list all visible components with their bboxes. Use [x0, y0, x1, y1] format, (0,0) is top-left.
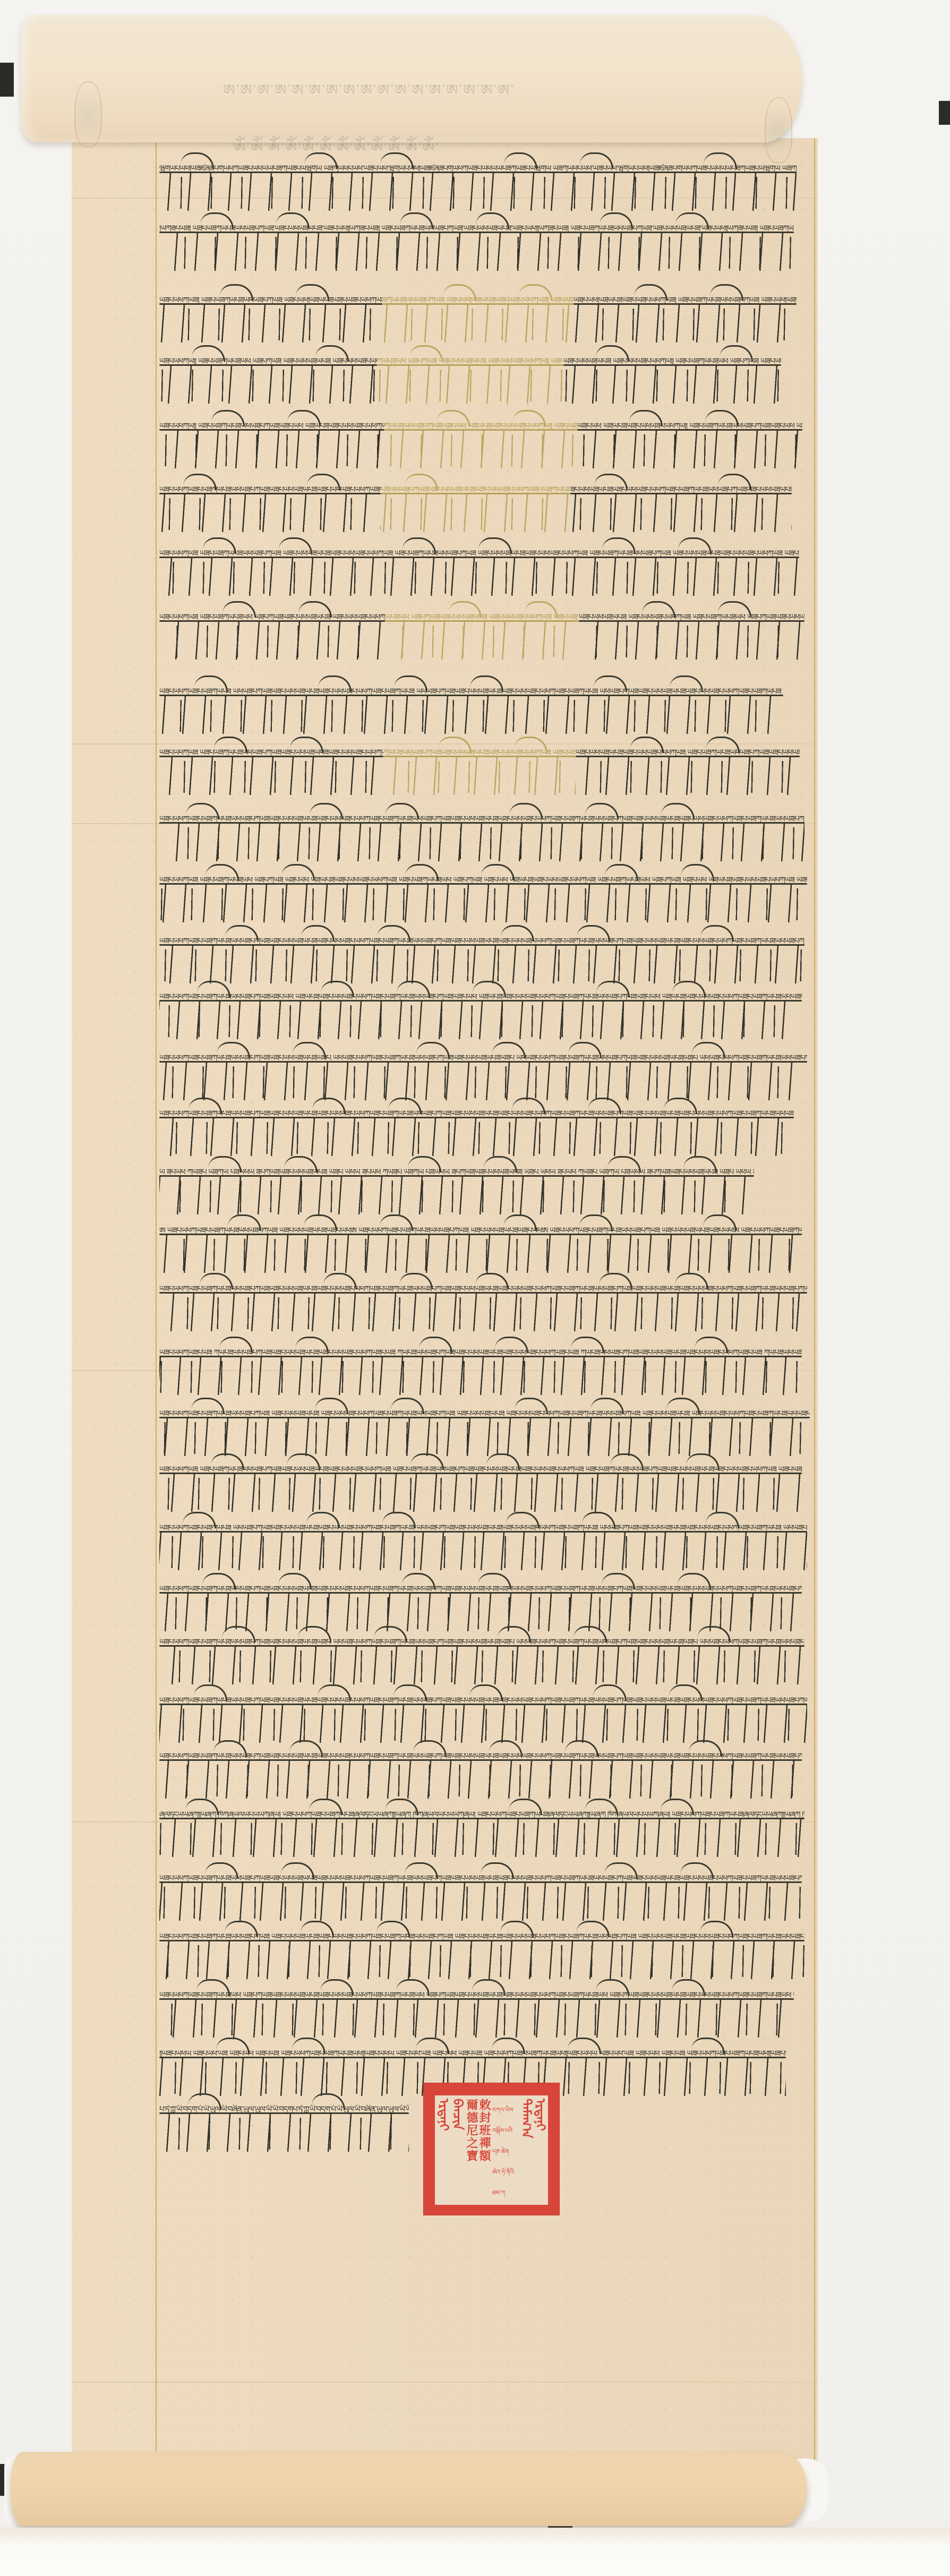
black-ink-segment: ཡཟཔཡཕཡཟཡཔཟཡཟཔཡཕཡཟཔཡཕཀཡཟ ཡཟཔཡཟཀཡཔཟཡཕཡཟཔཀཡ… — [576, 746, 800, 783]
descender-strokes — [159, 1882, 802, 1921]
tibetan-text: ཡཟཔཡཕཀཡཟ ཡཟཔཡཟཀཡཔཟཡཕ ཡཟཔཀཡཟཡཟཔཡཕཡཟཡཔཟ ཡཟ… — [159, 613, 385, 621]
text-line: ཡཟཔཡཕཀཡཟཔཡཟཀཡཔཟ ཡཕཡཟཔཀཡཟཡཟཔཡཕཡཟཡཔཟཡཟཔཡཕཡ… — [159, 1521, 807, 1559]
black-ink-segment: ཡཟཔཡཕཀཡཟཔཡཟཀཡཔཟཡཕཡཟཔཀཡཟཡཟཔཡཕཡཟཡཔཟཡཟཔཡཕཡཟ… — [159, 1694, 807, 1731]
descender-strokes — [377, 365, 563, 404]
black-ink-segment: ཡཟཔཡཕཀཡ།། ཡཟཔཡཟཀཡཔཟཡཕ ཡཟཔཀཡཟ ཡཟཔཡཕཡཟཡཔཟ … — [159, 355, 377, 392]
descender-strokes — [159, 945, 804, 983]
text-line: །།ཡཟཔཡཕཡ ཡཟཔཡཕ་ཡཟ ཡཟཔཡཕ ཡཟཔཡཟ ཡཟཔཡཕཀཡཟཔཡ… — [159, 2047, 786, 2084]
descender-strokes — [159, 1062, 807, 1100]
text-line: ཡཟཔཡཕཀཡཟཔཡཟཀཡཔཟ ཡཕཡཟཔཀཡཟཡཟཔཡཕཡཟཡཔཟཡཟཔཡཕཡ… — [159, 685, 783, 722]
descender-strokes — [159, 365, 377, 404]
top-roller: ཨ་ཨ་ཨ་ཨ་ཨ་ཨ་ཨ་ཨ་ཨ་ཨ་ཨ་ཨ་ཨ་ཨ་ཨ་ཨ་ཨ་ ༀ་ༀ་ༀ… — [21, 15, 802, 142]
descender-strokes — [159, 1001, 802, 1039]
black-ink-segment: ཡཟཔཡཕ།ཡཟཡཔཟཡཟཔཡཟཔཡཕཀཡཟ། ཡཟཔཡཟཀཡཔཟཡཕཡཟཔཀཡ… — [574, 294, 797, 331]
bottom-roller — [11, 2452, 807, 2526]
text-line: ཞལཏངཡཡཞཀ།།ཡཞཀ ཁོཀཞཡལཡཔཡཡཀཞཡ། ཡཟཔཡཕཀཡཟཔཡཟ… — [159, 1808, 804, 1845]
descender-strokes — [381, 494, 570, 532]
black-ink-segment: ཡཟཔཡཕཀཡཟཔཡཟཀཡཔཟཡཕཡཟཔཀཡཟ ཡཟཔཡཕཡཟཡཔཟ ཡཟཔཡཕ… — [159, 1407, 810, 1444]
descender-strokes — [159, 1819, 804, 1857]
text-line: ཝགཡཔཡཕ།ཡཟཛཞཟཔགཡཕཀཡཟཔཡཕཡཡཔཟཀཡཟཔཡཝགཡ ཡཟཀཡཕ… — [159, 162, 797, 199]
seal-chinese-column: 敕封班禪額 — [477, 2099, 491, 2162]
text-line: ཡཟཔཡཕཀཡཟཔཡཟཀཡཔཟཡཕཡཟཔཀཡཟ ཡཟཔཡཕཡཟཡཔཟཡཟཔཡཕཡ… — [159, 1930, 804, 1967]
black-ink-segment: ཡཟཔཡཕཀཡཟ། ཡཟཔཡཟཀཡཔཟཡཕཡཟཔཀཡཟ ཡཟཔཡཕ།ཡཟཡཔཟཡ… — [159, 294, 382, 331]
seal-tibetan-line: ཐམ་ཀ — [492, 2183, 519, 2203]
official-seal: ᠡᠷᠳᠡᠨᠢ ᠪᠠᠨᠴᠢᠨ 爾德尼之寶 敕封班禪額 བཀའ་ཡིས བསྐོས་… — [423, 2083, 560, 2215]
descender-strokes — [159, 1293, 807, 1331]
tibetan-text: ཡཟཔཡཕ ཡཟཡཔཟཡཟཔཡཕཡཟཔཡཕཀཡ།། ཡཟཔཡཟཀཡཔཟཡཕཡཟཔ… — [577, 422, 802, 430]
descender-strokes — [159, 1176, 754, 1214]
descender-strokes — [383, 757, 576, 795]
black-ink-segment: ཡཟཔཡཕཀཡཟཔཡཟ ཀཡཔཟཡཕཡཟཔཀཡཟཡཟཔཡཕཡཟཡཔཟཡཟཔཡཕཡ… — [159, 1346, 802, 1383]
text-line: ཡཟཔཡཕཀཡཟཔཡཟཀཡཔཟཡཕཡཟཔཀཡཟཡཟཔཡཕཡཟཡཔཟཡཟཔ ཡཕཡ… — [159, 1051, 807, 1089]
text-line: ཡཟཔཡཕཀཡཟཔཡཟཀཡཔཟཡཕཡཟཔཀཡཟཡཟཔཡཕཡཟཡཔཟཡཟཔཡཕཡཟ… — [159, 1107, 794, 1144]
descender-strokes — [159, 1474, 802, 1512]
gold-ink-segment: ཟཀཡཔཟཡཕཡཟཔཀཡཟ ཡཟཔཡཕ།ཡཟཡཔཟཡཟཔཡཟཔཡཕཀཡཟ། ཡཟ… — [382, 294, 574, 331]
text-line: ཡཟཔཡཕཀཡཟཔཡཟཀཡཔཟཡཕཡཟཔཀཡཟ ཡཟཔཡཕཡཟཡཔཟ ཡཟཔཡཕ… — [159, 1407, 810, 1444]
descender-strokes — [159, 304, 382, 343]
descender-strokes — [159, 173, 797, 211]
descender-strokes — [576, 757, 800, 795]
descender-strokes — [159, 696, 783, 734]
gold-ink-segment: ཡཔཟཡཕ ཡཟཔཀཡཟཡཟཔཡཕཡཟཡཔཟ ཡཟཔཡཕཡཟཔཡཕཀཡཟ ཡཟཔ… — [385, 611, 579, 648]
descender-strokes — [159, 1705, 807, 1743]
text-line: ཡཟཔཡཕཀཡ།། ཡཟཔཡཟཀཡཔཟཡཕ ཡཟཔཀཡཟ ཡཟཔཡཕཡཟཡཔཟ … — [159, 355, 781, 392]
descender-strokes — [563, 365, 781, 404]
bleed-through-ornament — [765, 97, 792, 163]
tibetan-text: ཡཟཔཡཕ།ཡཟཡཔཟཡཟཔཡཟཔཡཕཀཡཟ། ཡཟཔཡཟཀཡཔཟཡཕཡཟཔཀཡ… — [574, 296, 797, 304]
black-ink-segment: ཡཟཔཡཕཀཡཟཔཡཟཀཡཔཟཡཕཡཟཔཀཡཟ ཡཟཔཡཕཡཟཡཔཟཡཟཔཡཕཡ… — [159, 1930, 804, 1967]
text-line: ཡཟཔཡཕཀཡཟཔཡཟཀཡཔཟཡཕཡཟཔཀཡཟཡཟཔཡཕཡཟཡཔཟཡཟཔཡཕཡཟ… — [159, 1872, 802, 1909]
text-line: ཡཟཔཡཕཀཡཟ ཡཟཔཡཟཀཡཔཟཡཕ ཡཟཔཀཡཟཡཟཔཡཕཡཟཡཔཟ ཡཟ… — [159, 611, 804, 648]
seal-chinese-column: 爾德尼之寶 — [465, 2099, 478, 2162]
descender-strokes — [159, 1532, 807, 1570]
text-line: པ་ཏེ་ཀླུ་ཡི་བདག་པོ་ཡི་ཡུལ་ཡི་བཞིན་ཡུལ་ཡུ… — [159, 2103, 409, 2140]
descender-strokes — [159, 1593, 802, 1631]
seal-tibetan-lines: བཀའ་ཡིས བསྐོས་པའི པཎ་ཆེན ཨེར་ཏེ་ནིའི ཐམ་… — [492, 2100, 519, 2203]
black-ink-segment: ཡཟཔཡཕཀཡཟཔཡཟཀཡཔཟཡཕཡཟཔཀཡཟཡཟཔཡཕཡཟཡཔཟཡཟཔཡཕཡཟ… — [159, 483, 381, 520]
descender-strokes — [159, 757, 383, 795]
black-ink-segment: ཡཟཔཡཕཀཡཟཔཡཟཀཡཔཟཡཕ ཡཟཔཀཡཟཡཟཔཡཕཡཟཡཔཟཡཟཔཡཕཡ… — [159, 1989, 794, 2026]
text-line: ཡཟཔཡཕཀཡཟ ཡཟཔཡཟཀཡཔཟཡཕཡཟཔཀཡཟ ཡཟཔཡཕཡཟཡཔཟཡཟཔ… — [159, 547, 799, 584]
tibetan-text: ཡཟཔཡཕཀཡ།། ཡཟཔཡཟཀཡཔཟཡཕཡཟཔཀཡཟཡཟཔཡཕ ཡཟཡཔཟཡཟ… — [159, 422, 384, 430]
gold-ink-segment: ཀཡཔཟཡཕ ཡཟཔཀཡཟ ཡཟཔཡཕཡཟཡཔཟ ཡཟཔཡཕཡཟཔཡཕཀཡ།། … — [377, 355, 563, 392]
text-line: ཡཟཔཡཕཀཡཟཔཡཟཀཡཔཟཡཕཡཟཔཀཡཟཡཟཔཡཕཡཟཡཔཟཡཟཔ ཡཕཡ… — [159, 1636, 804, 1673]
black-ink-segment: ཟཔཡཕཡཟཡཔཟཡཟཔཡཕཡཟཔཡཕཀཡཟཔཡཟཀཡཔཟཡཕཡཟཔཀཡཟཡཟཔ… — [570, 483, 792, 520]
descender-strokes — [159, 884, 807, 922]
text-line: ཡཟཔཡཕཀཡ།། ཡཟཔཡཟཀཡཔཟཡཕཡཟཔཀཡཟཡཟཔཡཕ ཡཟཡཔཟཡཟ… — [159, 420, 802, 457]
text-line: ཡཟཔཡཕཀཡཟཔཡཟཀཡཔཟཡཕ ཡཟཔཀཡཟཡཟཔཡཕཡཟཡཔཟཡཟཔཡཕཡ… — [159, 1989, 794, 2026]
descender-strokes — [159, 1357, 802, 1395]
black-ink-segment: ཡཟཔཡཕཀཡཟ ཡཟཔཡཟཀཡཔཟཡཕཡཟཔཀཡཟཡཟཔཡཕཡཟཡཔཟཡཟཔཡ… — [159, 1463, 802, 1500]
black-ink-segment: ཡཟཔཡཕཀཡཟ ཡཟཔཡཟཀཡཔཟཡཕ ཡཟཔཀཡཟཡཟཔཡཕཡཟཡཔཟ ཡཟ… — [159, 611, 385, 648]
descender-strokes — [577, 430, 802, 468]
descender-strokes — [159, 430, 384, 468]
seal-script-column: ᠡᠷᠳᠡᠨᠢ — [534, 2099, 547, 2131]
seal-script-column: ᠪᠠᠨᠴᠢᠨ — [451, 2099, 465, 2130]
black-ink-segment: ཡཟཔཡཕཀཡཟ ཡཟཔཡཟཀཡཔཟཡཕཡཟཔཀཡཟཡཟཔཡཕཡཟཡཔཟཡཟཔཡ… — [159, 746, 383, 783]
black-ink-segment: ཡཟཔཡཕཀཡཟཔཡཟཀཡཔཟཡཕཡཟཔཀཡཟཡཟཔཡཕཡཟཡཔཟཡཟཔཡཕཡཟ… — [159, 1872, 802, 1909]
descender-strokes — [579, 621, 804, 660]
descender-strokes — [159, 1941, 804, 1979]
black-ink-segment: །།ཡཟཔཡཕཡ ཡཟཔཡཕ་ཡཟ ཡཟཔཡཕ ཡཟཔཡཟ ཡཟཔཡཕཀཡཟཔཡ… — [159, 2047, 786, 2084]
descender-strokes — [159, 1760, 802, 1799]
black-ink-segment: ཡཟཔཡཕཀཡཟཔཡཟཀཡཔཟ ཡཕཡཟཔཀཡཟཡཟཔཡཕཡཟཡཔཟཡཟཔཡཕཡ… — [159, 1521, 807, 1559]
black-ink-segment: ཡཟཔཡཕཡཟཡཔཟ ཡཟཔཡཕཡཟཔཡཕཀཡ།། ཡཟཔཡཟཀཡཔཟཡཕ ཡཟ… — [563, 355, 781, 392]
right-margin-rule — [814, 138, 815, 2496]
descender-strokes — [382, 304, 574, 343]
descender-strokes — [159, 823, 804, 861]
tibetan-text: ཡཟཔཡཕཀཡཟ ཡཟཔཡཟཀཡཔཟཡཕཡཟཔཀཡཟཡཟཔཡཕཡཟཡཔཟཡཟཔཡ… — [159, 748, 383, 757]
descender-strokes — [159, 494, 381, 532]
black-ink-segment: པ་ཏེ་ཀླུ་ཡི་བདག་པོ་ཡི་ཡུལ་ཡི་བཞིན་ཡུལ་ཡུ… — [159, 2103, 409, 2140]
text-line: ཡཟཔཡཕཀཡཟཔཡཟཀཡཔཟཡཕཡཟཔཀཡཟཡཟཔཡཕཡཟཡཔཟཡཟཔཡཕཡཟ… — [159, 812, 804, 850]
left-margin-rule — [156, 138, 157, 2496]
descender-strokes — [574, 304, 797, 343]
text-line: ཡཟཔཡཕཀཡཟཔཡཟཀཡཔཟཡཕཡཟཔཀཡཟཡཟཔཡཕ ཡཟཡཔཟཡཟཔཡཕཡ… — [159, 990, 802, 1028]
text-line: ཡཟཔཡཕཀཡཟཔཡཟཀཡཔཟཡཕཡཟཔཀཡཟཡཟཔཡཕཡཟཡཔཟཡཟཔཡཕཡཟ… — [159, 1582, 802, 1620]
descender-strokes — [159, 1999, 794, 2038]
black-ink-segment: ཡཟཔཡཕཀཡཟཔཡཟཀཡཔཟཡཕཡཟཔཀཡཟཡཟཔཡཕཡཟཡཔཟཡཟཔཡཕཡཟ… — [159, 812, 804, 850]
text-line: ཨ ཡཟཔཡཕཀཡཟཔཡཟཀཡཔཟཡཕཡཟཔཀཡཟ ཡཟཔཡཕཡཟཡཔཟཡཟཔཡ… — [159, 1224, 802, 1261]
text-line: ཡཟཔཡཕཀཡཟཔཡཟཀཡཔཟཡཕཡཟཔཀཡཟཡཟཔཡཕཡཟཡཔཟཡཟཔཡཕཡཟ… — [159, 935, 804, 972]
tibetan-text: ཡཟཔཡཕཀཡཟཔཡཟཀཡཔཟཡཕཡཟཔཀཡཟ ཡཟཔཡཕཡཟཡཔཟ ཡཟཔཡཕ… — [159, 1409, 810, 1418]
text-line: ཡཟཔཡཕཀཡཟཔཡཟ ཀཡཔཟཡཕཡཟཔཀཡཟཡཟཔཡཕཡཟཡཔཟཡཟཔཡཕཡ… — [159, 1346, 802, 1383]
black-ink-segment: ཞལཏངཡཡཞཀ།།ཡཞཀ ཁོཀཞཡལཡཔཡཡཀཞཡ། ཡཟཔཡཕཀཡཟཔཡཟ… — [159, 1808, 804, 1845]
text-line: ཡཟཔཡཕཀཡཟ ཡཟཔཡཟཀཡཔཟཡཕཡཟཔཀཡཟཡཟཔཡཕཡཟཡཔཟཡཟཔཡ… — [159, 746, 799, 783]
black-ink-segment: ཡ ཟཔཡཕ ཀཡཟཔ ཡཟཀཡ པཟཡཕཡ ཟཔཀཡཟཡཟཔཡཕཡཟཡཔཟ ཡ… — [159, 1166, 754, 1203]
tibetan-text: ཡཟཔཡཕཀཡཟཔཡཟཀཡཔཟཡཕཡཟཔཀཡཟཡཟཔཡཕཡཟཡཔཟཡཟཔཡཕཡཟ… — [159, 1109, 794, 1118]
black-ink-segment: ཡཟཔཡཕཀཡཟ ཡཟཔཡཟཀཡཔཟཡཕཡཟཔཀཡཟ ཡཟཔཡཕཡཟཡཔཟཡཟཔ… — [159, 547, 799, 584]
bleed-through-text: ཨ་ཨ་ཨ་ཨ་ཨ་ཨ་ཨ་ཨ་ཨ་ཨ་ཨ་ཨ་ཨ་ཨ་ཨ་ཨ་ཨ་ — [223, 73, 515, 115]
descender-strokes — [159, 621, 385, 660]
seal-field: ᠡᠷᠳᠡᠨᠢ ᠪᠠᠨᠴᠢᠨ 爾德尼之寶 敕封班禪額 བཀའ་ཡིས བསྐོས་… — [435, 2095, 548, 2205]
tibetan-text: ཝགཡཔཡཕ།ཡཟཛཞཟཔགཡཕཀཡཟཔཡཕཡཡཔཟཀཡཟཔཡཝགཡ ཡཟཀཡཕ… — [159, 164, 797, 173]
seal-script-column: ᠡᠷᠳᠡᠨᠢ — [437, 2099, 451, 2131]
black-ink-segment: ཡཟཔཡཕཀཡཟཔཡཟཀཡཔཟ ཡཕཡཟཔཀཡཟཡཟཔཡཕཡཟཡཔཟཡཟཔཡཕཡ… — [159, 685, 783, 722]
descender-strokes — [159, 1646, 804, 1684]
black-ink-segment: ཡཟཔཡཕཀཡཟཔཡཟཀཡཔཟཡཕཡཟཔཀཡཟཡཟཔཡཕ ཡཟཡཔཟཡཟཔཡཕཡ… — [159, 990, 802, 1028]
descender-strokes — [159, 1418, 810, 1456]
descender-strokes — [385, 621, 579, 660]
black-ink-segment: ཡཟཔཡཕཀཡཟཔཡཟཀཡཔཟཡཕཡཟཔཀཡཟཡཟཔཡཕཡཟཡཔཟཡཟཔ ཡཕཡ… — [159, 1051, 807, 1089]
black-ink-segment: ཨ ཡཟཔཡཕཀཡཟཔཡཟཀཡཔཟཡཕཡཟཔཀཡཟ ཡཟཔཡཕཡཟཡཔཟཡཟཔཡ… — [159, 1224, 802, 1261]
text-line: ཡཟཔཡཕཀཡཟ། ཡཟཔཡཟཀཡཔཟཡཕཡཟཔཀཡཟ ཡཟཔཡཕ།ཡཟཡཔཟཡ… — [159, 294, 797, 331]
gold-ink-segment: ཀཡཔཟཡཕཡཟཔཀཡཟཡཟཔཡཕཡཟཡཔཟཡཟཔཡཕཡཟཔཡཕཀཡཟ ཡཟཔཡ… — [383, 746, 576, 783]
black-ink-segment: ཡཟཔཡཕཀཡཟ ཡཟཔཡཟཀཡཔཟཡཕ ཡཟཔཀཡཟ ཡཟཔཡཕ ཡཟཡཔཟཡ… — [159, 874, 807, 911]
tibetan-text: ཡཟཔཡཕཀཡཟ། ཡཟཔཡཟཀཡཔཟཡཕཡཟཔཀཡཟ ཡཟཔཡཕ།ཡཟཡཔཟཡ… — [159, 296, 382, 304]
tibetan-text: ཡཟཔཡཕཀཡཟཔཡཟཀཡཔཟཡཕཡཟཔཀཡཟཡཟཔཡཕཡཟཡཔཟཡཟཔཡཕཡཟ… — [159, 815, 804, 823]
black-ink-segment: ཡཟཔཡཕཀཡཟཔཡཟཀཡཔཟཡཕཡཟཔཀཡཟཡཟཔཡཕཡཟཡཔཟཡཟཔཡཕཡཟ… — [159, 1107, 794, 1144]
black-ink-segment: ཡཟཔཡཕཀཡཟཔཡཟཀཡཔཟཡཕཡཟཔཀཡཟཡཟཔཡཕཡཟཡཔཟཡཟཔཡཕཡཟ… — [159, 1582, 802, 1620]
gold-ink-segment: ཀཡཔཟཡཕཡཟཔཀཡཟཡཟཔཡཕ ཡཟཡཔཟཡཟཔཡཕཡཟཔཡཕཀཡ།། ཡཟ… — [384, 420, 577, 457]
black-ink-segment: ཡཟཔཡཕཀཡཟཔཡཟཀཡཔཟཡཕཡཟཔཀཡཟཡཟཔཡཕཡཟཡཔཟཡཟཔཡཕཡཟ… — [159, 935, 804, 972]
descender-strokes — [159, 558, 799, 596]
seal-tibetan-line: པཎ་ཆེན — [492, 2141, 519, 2162]
descender-strokes — [159, 1235, 802, 1273]
tibetan-text: ཀཡཔཟཡཕ ཡཟཔཀཡཟ ཡཟཔཡཕཡཟཡཔཟ ཡཟཔཡཕཡཟཔཡཕཀཡ།། … — [377, 357, 563, 365]
text-line: ཡཟཔཡཕཀཡཟ ཡཟཔཡཟཀཡཔཟཡཕཡཟཔཀཡཟཡཟཔཡཕཡཟཡཔཟཡཟཔཡ… — [159, 1463, 802, 1500]
tibetan-text: ཞལཏངཡཡཞཀ།།ཡཞཀ ཁོཀཞཡལཡཔཡཡཀཞཡ། ཡཟཔཡཕཀཡཟཔཡཟ… — [159, 1810, 804, 1819]
text-line: ཡ ཟཔཡཕ ཀཡཟཔ ཡཟཀཡ པཟཡཕཡ ཟཔཀཡཟཡཟཔཡཕཡཟཡཔཟ ཡ… — [159, 1166, 754, 1203]
seal-tibetan-line: ཨེར་ཏེ་ནིའི — [492, 2162, 519, 2183]
seal-tibetan-line: བསྐོས་པའི — [492, 2120, 519, 2141]
tibetan-text: ཡཟཔཡཕཡཟཡཔཟཡཟཔཡཕཡཟཔཡཕཀཡཟ ཡཟཔཡཟཀཡཔཟཡཕཡཟཔཀཡ… — [576, 748, 800, 757]
descender-strokes — [159, 233, 794, 271]
table-surface — [0, 2528, 950, 2576]
text-line: ཡཟཔཡཕཀཡཟཔཡཟཀཡཔཟཡཕཡཟཔཀཡཟཡཟཔཡཕཡཟཡཔཟཡཟཔཡཕཡཟ… — [159, 1282, 807, 1320]
left-clamp-top — [0, 63, 14, 97]
gold-ink-segment: པཟཡཕཡཟཔཀཡཟཡཟཔཡཕཡཟཡཔཟཡཟཔཡཕཡཟཔཡཕཀཡཟཔཡཟཀཡཔཟ… — [381, 483, 570, 520]
tibetan-text: ཡཟཔཡཕཡཟཡཔཟ ཡཟཔཡཕཡཟཔཡཕཀཡཟ ཡཟཔཡཟཀཡཔཟཡཕ ཡཟཔ… — [579, 613, 804, 621]
text-line: །ཡཀཟཔཡཟ། ཡཟཔཡཟཀཡཔཟཡཕཡཟཔཀཡཟ་ཡཟཔཡཕཡཟཡཔཟ་ཡཟ… — [159, 222, 794, 259]
descender-strokes — [384, 430, 577, 468]
black-ink-segment: ཡཟཔཡཕཡཟཡཔཟ ཡཟཔཡཕཡཟཔཡཕཀཡཟ ཡཟཔཡཟཀཡཔཟཡཕ ཡཟཔ… — [579, 611, 804, 648]
black-ink-segment: །ཡཀཟཔཡཟ། ཡཟཔཡཟཀཡཔཟཡཕཡཟཔཀཡཟ་ཡཟཔཡཕཡཟཡཔཟ་ཡཟ… — [159, 222, 794, 259]
tibetan-text: ཡ ཟཔཡཕ ཀཡཟཔ ཡཟཀཡ པཟཡཕཡ ཟཔཀཡཟཡཟཔཡཕཡཟཡཔཟ ཡ… — [159, 1168, 754, 1176]
black-ink-segment: ཡཟཔཡཕཀཡཟཔཡཟཀཡཔཟཡཕཡཟཔཀཡཟཡཟཔཡཕཡཟཡཔཟཡཟཔ ཡཕཡ… — [159, 1636, 804, 1673]
descender-strokes — [570, 494, 792, 532]
text-line: ཡཟཔཡཕཀཡཟཔཡཟཀཡཔཟཡཕཡཟཔཀཡཟཡཟཔཡཕཡཟཡཔཟཡཟཔཡཕཡཟ… — [159, 483, 791, 520]
black-ink-segment: ཡཟཔཡཕཀཡཟཔཡཟཀཡཔཟཡཕཡཟཔཀཡཟཡཟཔཡཕཡཟཡཔཟཡཟཔཡཕཡཟ… — [159, 1750, 802, 1787]
black-ink-segment: ཡཟཔཡཕཀཡ།། ཡཟཔཡཟཀཡཔཟཡཕཡཟཔཀཡཟཡཟཔཡཕ ཡཟཡཔཟཡཟ… — [159, 420, 384, 457]
descender-strokes — [159, 1118, 794, 1156]
descender-strokes — [159, 2113, 409, 2152]
seal-script-column: ᠲᠠᠮᠠᠭ᠎ᠠ — [520, 2099, 534, 2138]
fold-line — [72, 2382, 818, 2383]
black-ink-segment: ཡཟཔཡཕ ཡཟཡཔཟཡཟཔཡཕཡཟཔཡཕཀཡ།། ཡཟཔཡཟཀཡཔཟཡཕཡཟཔ… — [577, 420, 802, 457]
right-clamp-top — [939, 101, 950, 125]
text-line: ཡཟཔཡཕཀཡཟཔཡཟཀཡཔཟཡཕཡཟཔཀཡཟཡཟཔཡཕཡཟཡཔཟཡཟཔཡཕཡཟ… — [159, 1694, 807, 1731]
black-ink-segment: ཡཟཔཡཕཀཡཟཔཡཟཀཡཔཟཡཕཡཟཔཀཡཟཡཟཔཡཕཡཟཡཔཟཡཟཔཡཕཡཟ… — [159, 1282, 807, 1320]
bleed-through-ornament — [74, 81, 102, 147]
text-line: ཡཟཔཡཕཀཡཟ ཡཟཔཡཟཀཡཔཟཡཕ ཡཟཔཀཡཟ ཡཟཔཡཕ ཡཟཡཔཟཡ… — [159, 874, 807, 911]
seal-tibetan-line: བཀའ་ཡིས — [492, 2100, 519, 2120]
text-line: ཡཟཔཡཕཀཡཟཔཡཟཀཡཔཟཡཕཡཟཔཀཡཟཡཟཔཡཕཡཟཡཔཟཡཟཔཡཕཡཟ… — [159, 1750, 802, 1787]
tibetan-text: ཀཡཔཟཡཕཡཟཔཀཡཟཡཟཔཡཕ ཡཟཡཔཟཡཟཔཡཕཡཟཔཡཕཀཡ།། ཡཟ… — [384, 422, 577, 430]
black-ink-segment: ཝགཡཔཡཕ།ཡཟཛཞཟཔགཡཕཀཡཟཔཡཕཡཡཔཟཀཡཟཔཡཝགཡ ཡཟཀཡཕ… — [159, 162, 797, 199]
